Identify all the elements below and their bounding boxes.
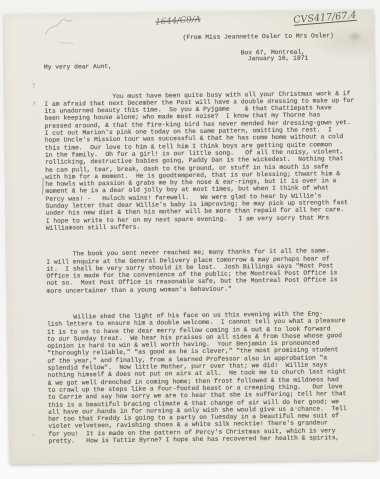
letter-page: 1644/C9/A CVS417/67.4 (From Miss Jeannet…: [4, 10, 378, 464]
letter-body: You must have been quite busy with all y…: [44, 75, 365, 464]
margin-question-mark: ?: [32, 83, 35, 90]
paper-speck: [32, 434, 34, 436]
paragraph: The book you sent never reached me; many…: [46, 247, 363, 295]
catalog-number-note: CVS417/67.4: [293, 10, 357, 26]
paragraph: You must have been quite busy with all y…: [44, 90, 362, 232]
margin-question-mark: ?: [32, 101, 35, 108]
scan-background: 1644/C9/A CVS417/67.4 (From Miss Jeannet…: [0, 0, 380, 479]
date-line: January 16, 1871: [248, 55, 309, 63]
attribution-line: (From Miss Jeannette Osler to Mrs Osler): [183, 32, 334, 41]
paper-speck: [95, 412, 97, 414]
paragraph: Willie shed the light of his face on us …: [47, 310, 365, 445]
ink-smudge: [347, 31, 362, 42]
salutation: My very dear Aunt,: [44, 63, 112, 71]
margin-line: [42, 178, 43, 195]
paper-speck: [295, 407, 297, 409]
pencil-scribble: [42, 14, 88, 47]
scratched-note: 1644/C9/A: [155, 15, 201, 28]
